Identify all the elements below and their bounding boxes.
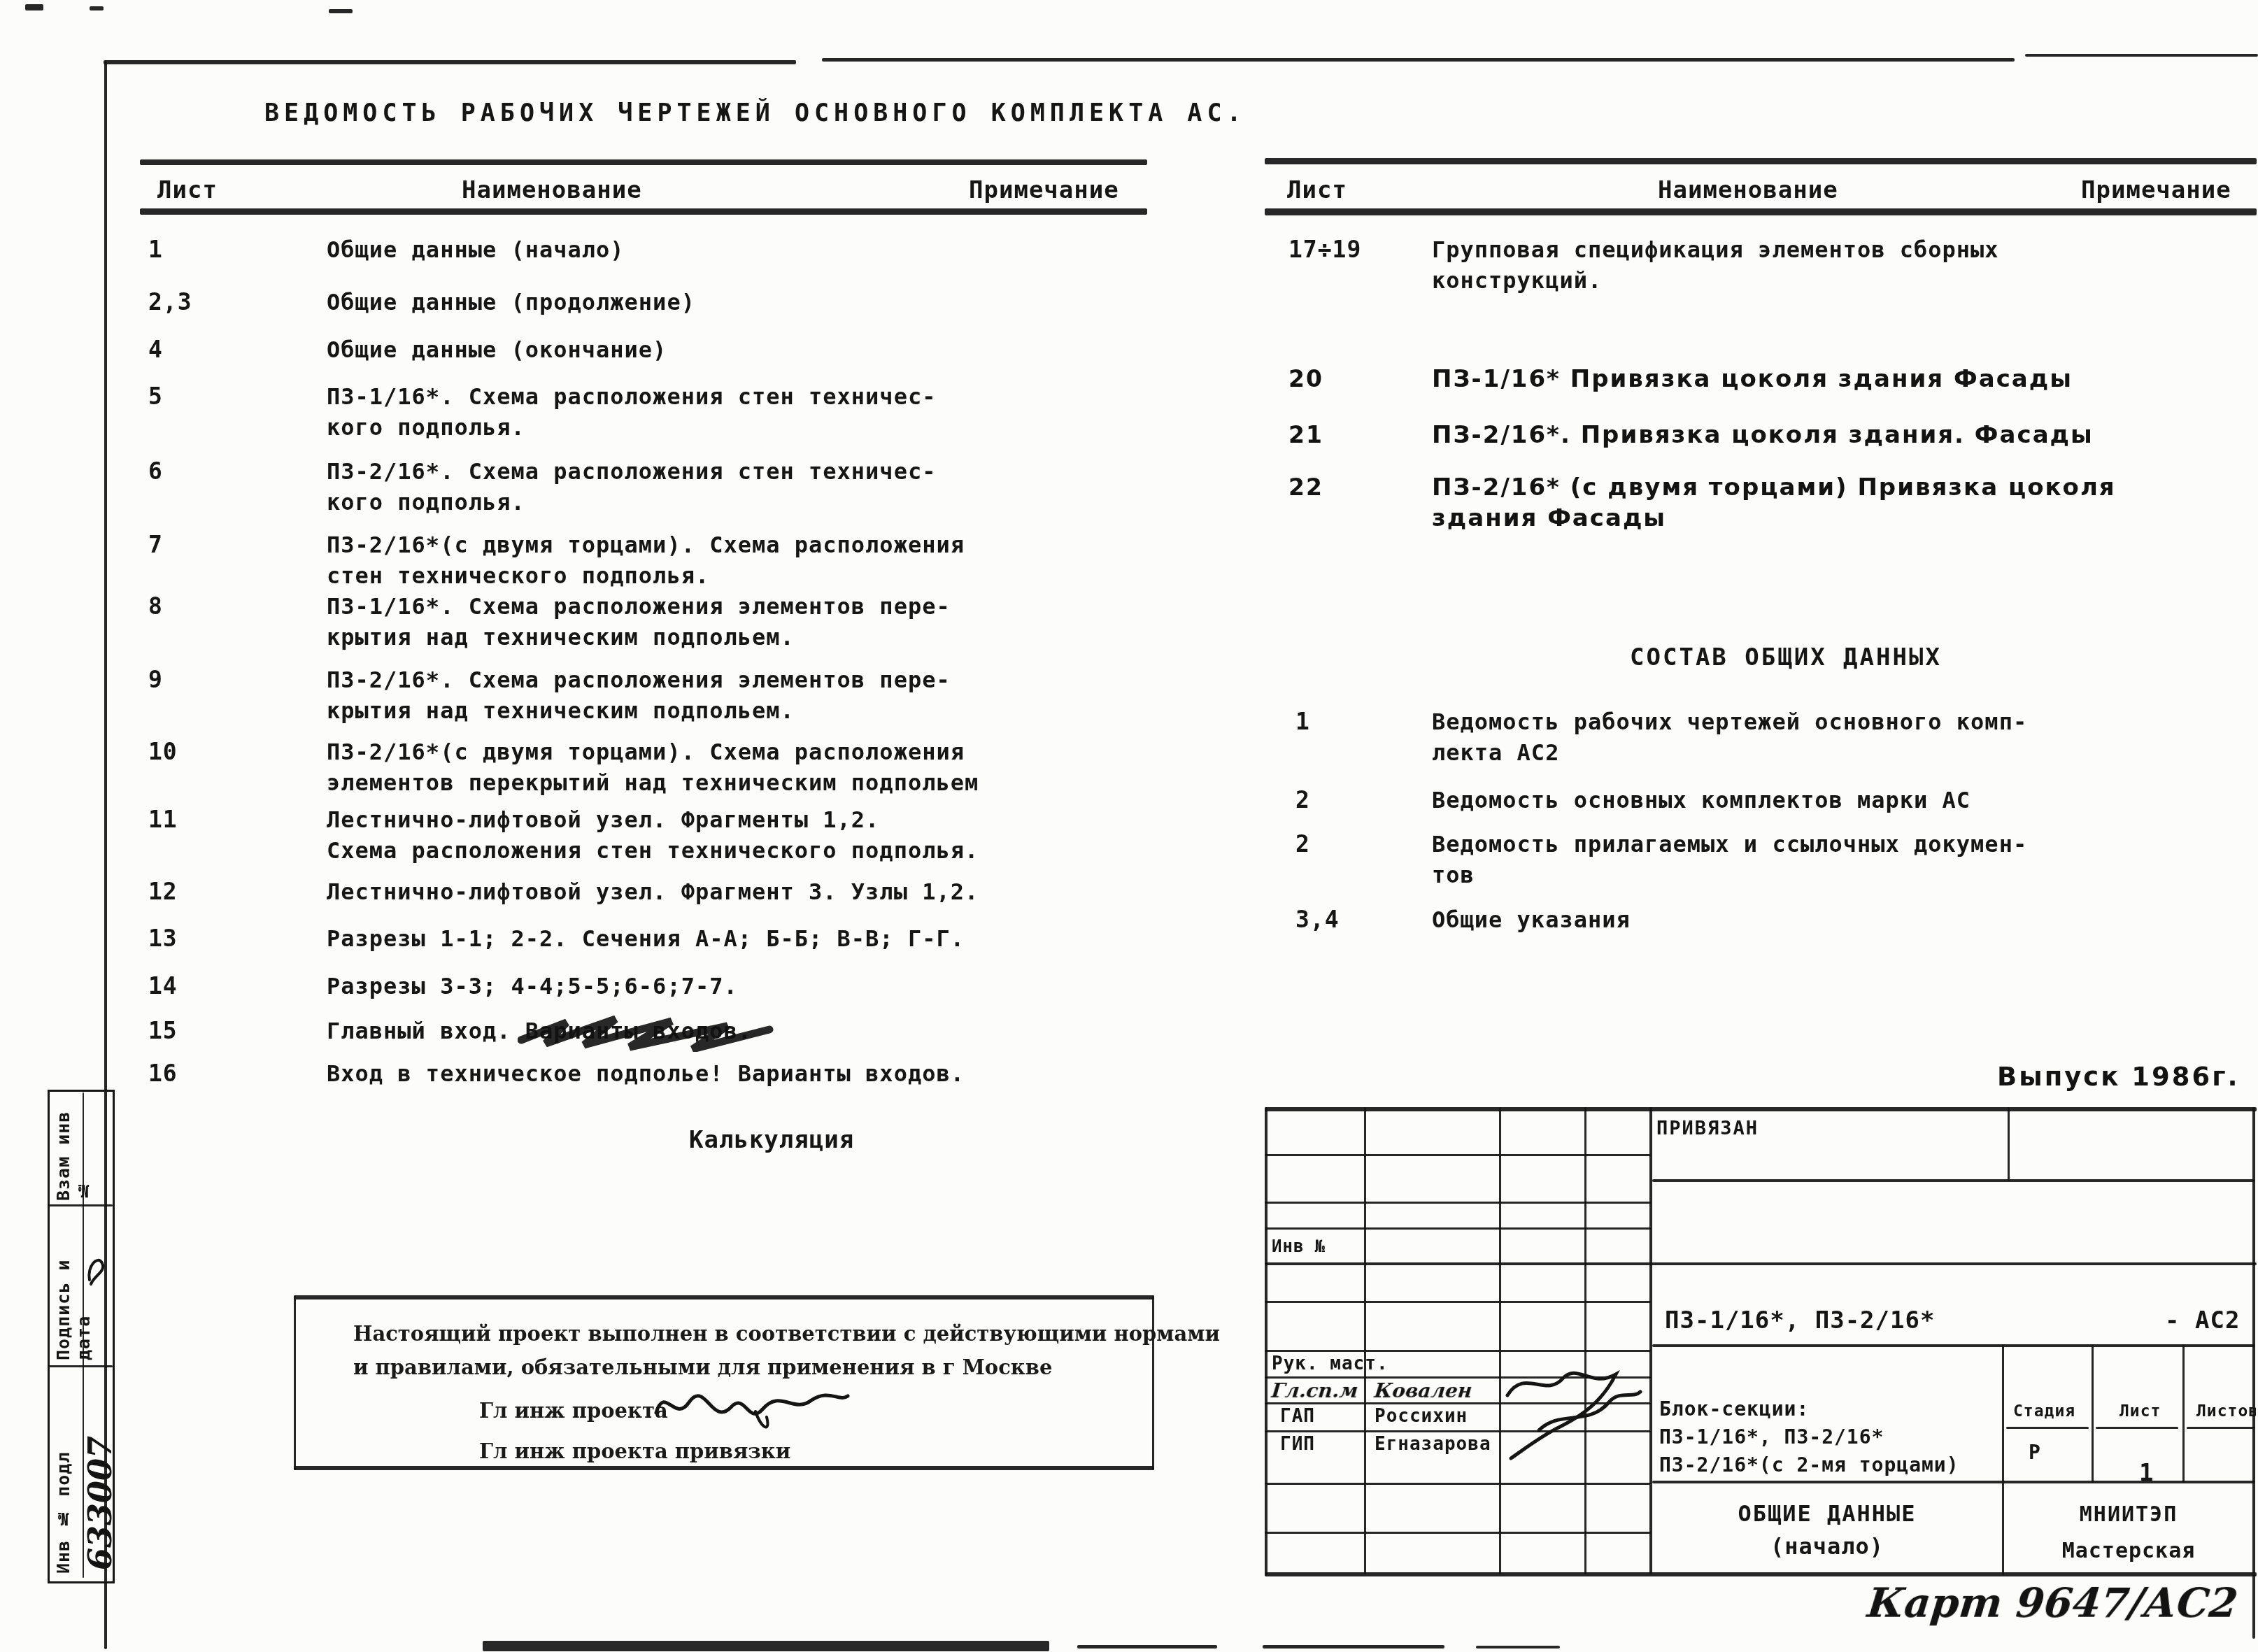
sheet-number-cell: 17÷19 bbox=[1288, 234, 1432, 265]
inv-number-label: Инв № bbox=[1272, 1237, 1326, 1256]
surname-egnazarova: Егназарова bbox=[1375, 1434, 1491, 1455]
sheet-number-cell: 20 bbox=[1288, 364, 1432, 394]
sidebar-divider bbox=[48, 1204, 113, 1206]
table-row: 8 ПЗ-1/16*. Схема расположения элементов… bbox=[148, 591, 1149, 653]
left-table-header-rule-top bbox=[140, 159, 1147, 165]
table-row: 13 Разрезы 1-1; 2-2. Сечения А-А; Б-Б; В… bbox=[148, 923, 1149, 954]
scan-artifact bbox=[1077, 1645, 1217, 1649]
table-row: 2 Ведомость основных комплектов марки АС bbox=[1295, 785, 2254, 816]
sheet-number-cell: 4 bbox=[148, 334, 327, 365]
block-sections-line2: ПЗ-2/16*(с 2-мя торцами) bbox=[1659, 1453, 1959, 1476]
right-header-note: Примечание bbox=[2081, 176, 2231, 204]
surname-rossihin: Россихин bbox=[1375, 1406, 1468, 1427]
sheet-number-cell: 21 bbox=[1288, 420, 1432, 450]
calculation-label: Калькуляция bbox=[689, 1126, 854, 1154]
table-row: 4 Общие данные (окончание) bbox=[148, 334, 1149, 365]
scan-artifact bbox=[329, 9, 353, 13]
table-row: 2,3 Общие данные (продолжение) bbox=[148, 287, 1149, 318]
right-header-sheet: Лист bbox=[1287, 176, 1347, 204]
scan-artifact bbox=[483, 1641, 1049, 1651]
table-row: 16 Вход в техническое подполье! Варианты… bbox=[148, 1058, 1149, 1089]
sheet-title-cell: ПЗ-2/16*(с двумя торцами). Схема располо… bbox=[327, 529, 1149, 591]
signature-mark bbox=[1497, 1360, 1651, 1465]
sheet-title-cell: ПЗ-1/16* Привязка цоколя здания Фасады bbox=[1432, 364, 2254, 394]
table-row: 1 Ведомость рабочих чертежей основного к… bbox=[1295, 706, 2254, 768]
grid-line-v bbox=[1584, 1107, 1586, 1574]
sheet-title-cell: Общие данные (начало) bbox=[327, 234, 1149, 265]
sheet-number-cell: 9 bbox=[148, 664, 327, 695]
sheet-title-cell: ПЗ-2/16*. Схема расположения стен технич… bbox=[327, 456, 1149, 518]
role-chief-engineer: Гл инж проекта bbox=[479, 1399, 668, 1423]
left-header-note: Примечание bbox=[969, 176, 1119, 204]
sheet-number-cell: 3,4 bbox=[1295, 904, 1432, 935]
grid-line-h bbox=[1265, 1154, 1651, 1156]
table-row: 17÷19 Групповая спецификация элементов с… bbox=[1288, 234, 2254, 296]
titleblock-border-top bbox=[1265, 1107, 2257, 1111]
sheet-title-cell: Лестнично-лифтовой узел. Фрагменты 1,2. … bbox=[327, 804, 1149, 866]
signature-mark bbox=[84, 1252, 109, 1287]
sheet-number-cell: 22 bbox=[1288, 472, 1432, 503]
table-row: 5 ПЗ-1/16*. Схема расположения стен техн… bbox=[148, 381, 1149, 443]
role-chief-engineer-binding: Гл инж проекта привязки bbox=[479, 1439, 790, 1463]
sheet-title-cell: Разрезы 3-3; 4-4;5-5;6-6;7-7. bbox=[327, 971, 1149, 1002]
sheet-header: Лист bbox=[2119, 1402, 2161, 1420]
sidebar-divider bbox=[48, 1365, 113, 1367]
table-row: 3,4 Общие указания bbox=[1295, 904, 2254, 935]
stamp-line-v bbox=[2092, 1344, 2094, 1483]
role-gl-sp-m: Гл.сп.м bbox=[1270, 1379, 1359, 1402]
table-row: 1 Общие данные (начало) bbox=[148, 234, 1149, 265]
table-row: 22 ПЗ-2/16* (с двумя торцами) Привязка ц… bbox=[1288, 472, 2254, 534]
sheet-number-cell: 6 bbox=[148, 456, 327, 487]
doc-title-line1: ОБЩИЕ ДАННЫЕ bbox=[1652, 1500, 2002, 1527]
stamp-line-h bbox=[2187, 1427, 2255, 1429]
sheet-title-cell: Общие указания bbox=[1432, 904, 2254, 935]
scanned-drawing-sheet: ВЕДОМОСТЬ РАБОЧИХ ЧЕРТЕЖЕЙ ОСНОВНОГО КОМ… bbox=[0, 0, 2258, 1652]
left-header-name: Наименование bbox=[462, 176, 642, 204]
signature-mark bbox=[651, 1371, 853, 1437]
stamp-line-h bbox=[1652, 1481, 2255, 1483]
sheet-title-cell: Разрезы 1-1; 2-2. Сечения А-А; Б-Б; В-В;… bbox=[327, 923, 1149, 954]
sheet-number-cell: 2,3 bbox=[148, 287, 327, 318]
note-box-border-top bbox=[294, 1295, 1154, 1299]
sidebar-label-podpis: Подпись и дата bbox=[53, 1213, 94, 1360]
stamp-line-h bbox=[1652, 1179, 2255, 1182]
grid-line-v bbox=[1364, 1107, 1366, 1574]
page-border-top bbox=[822, 58, 2015, 62]
stamp-line-h bbox=[2096, 1427, 2178, 1429]
grid-line-h bbox=[1265, 1350, 1651, 1352]
inventory-number: 633007 bbox=[81, 1388, 119, 1570]
table-row: 9 ПЗ-2/16*. Схема расположения элементов… bbox=[148, 664, 1149, 726]
grid-line-v bbox=[1499, 1107, 1501, 1574]
sheet-title-cell: ПЗ-1/16*. Схема расположения стен технич… bbox=[327, 381, 1149, 443]
sheet-number-cell: 12 bbox=[148, 876, 327, 907]
stamp-line-h bbox=[1265, 1262, 2257, 1265]
grid-line-h bbox=[1265, 1483, 1651, 1485]
sheet-number-cell: 11 bbox=[148, 804, 327, 835]
left-header-sheet: Лист bbox=[157, 176, 218, 204]
sidebar-label-vzam: Взам инв № bbox=[53, 1099, 94, 1201]
sheet-title-cell: Ведомость рабочих чертежей основного ком… bbox=[1432, 706, 2254, 768]
note-text-line1: Настоящий проект выполнен в соответствии… bbox=[353, 1322, 1220, 1346]
right-table-header-rule-bottom bbox=[1265, 208, 2257, 215]
scan-artifact bbox=[1476, 1646, 1560, 1649]
sheet-title-cell: Ведомость основных комплектов марки АС bbox=[1432, 785, 2254, 816]
note-box-border-left bbox=[294, 1295, 296, 1470]
block-sections-label: Блок-секции: bbox=[1659, 1397, 1809, 1420]
grid-line-h bbox=[1265, 1532, 1651, 1534]
role-gip: ГИП bbox=[1280, 1434, 1315, 1455]
note-box-border-bottom bbox=[294, 1466, 1154, 1470]
table-row: 10 ПЗ-2/16*(с двумя торцами). Схема расп… bbox=[148, 736, 1149, 798]
table-row: 21 ПЗ-2/16*. Привязка цоколя здания. Фас… bbox=[1288, 420, 2254, 450]
sheet-number-cell: 1 bbox=[1295, 706, 1432, 737]
code-line: ПЗ-1/16*, ПЗ-2/16* bbox=[1665, 1306, 1935, 1334]
grid-line-h bbox=[1265, 1227, 1651, 1230]
sheet-number-cell: 13 bbox=[148, 923, 327, 954]
role-gap: ГАП bbox=[1280, 1406, 1315, 1427]
titleblock-border-left bbox=[1265, 1107, 1268, 1576]
table-row: 7 ПЗ-2/16*(с двумя торцами). Схема распо… bbox=[148, 529, 1149, 591]
stage-value: Р bbox=[2029, 1441, 2041, 1464]
release-note: Выпуск 1986г. bbox=[1997, 1062, 2240, 1092]
org-workshop: Мастерская bbox=[2004, 1539, 2253, 1563]
table-row: 14 Разрезы 3-3; 4-4;5-5;6-6;7-7. bbox=[148, 971, 1149, 1002]
grid-line-h bbox=[1265, 1202, 1651, 1204]
code-suffix: - АС2 bbox=[2165, 1306, 2240, 1334]
doc-title-line2: (начало) bbox=[1652, 1533, 2002, 1560]
org-name: МНИИТЭП bbox=[2004, 1502, 2253, 1527]
right-header-name: Наименование bbox=[1658, 176, 1838, 204]
right-table-header-rule-top bbox=[1265, 158, 2257, 164]
stage-header: Стадия bbox=[2013, 1402, 2075, 1420]
sheet-number-cell: 16 bbox=[148, 1058, 327, 1089]
table-row: 20 ПЗ-1/16* Привязка цоколя здания Фасад… bbox=[1288, 364, 2254, 394]
role-ruk-mast: Рук. маст. bbox=[1272, 1353, 1389, 1374]
sheet-number-cell: 5 bbox=[148, 381, 327, 412]
sheet-title-cell: Ведомость прилагаемых и ссылочных докуме… bbox=[1432, 829, 2254, 890]
sheet-title-cell: Вход в техническое подполье! Варианты вх… bbox=[327, 1058, 1149, 1089]
scan-artifact bbox=[90, 6, 104, 10]
page-border-top bbox=[2025, 54, 2258, 57]
sheet-title-cell: ПЗ-2/16*(с двумя торцами). Схема располо… bbox=[327, 736, 1149, 798]
card-note: Карт 9647/АС2 bbox=[1865, 1579, 2240, 1627]
sheet-title-cell: Групповая спецификация элементов сборных… bbox=[1432, 234, 2254, 296]
table-row: 2 Ведомость прилагаемых и ссылочных доку… bbox=[1295, 829, 2254, 890]
surname-kovalen: Ковален bbox=[1373, 1379, 1473, 1402]
sheet-number-cell: 15 bbox=[148, 1016, 327, 1046]
scan-artifact bbox=[25, 4, 43, 10]
stamp-line-h bbox=[2006, 1427, 2089, 1429]
sheet-title-cell: Лестнично-лифтовой узел. Фрагмент 3. Узл… bbox=[327, 876, 1149, 907]
sheet-title-cell: ПЗ-1/16*. Схема расположения элементов п… bbox=[327, 591, 1149, 653]
sidebar-label-inv: Инв № подл bbox=[53, 1374, 73, 1574]
block-sections-line1: ПЗ-1/16*, ПЗ-2/16* bbox=[1659, 1425, 1884, 1448]
sheet-title-cell: Общие данные (продолжение) bbox=[327, 287, 1149, 318]
table-row: 11 Лестнично-лифтовой узел. Фрагменты 1,… bbox=[148, 804, 1149, 866]
sheet-number-cell: 2 bbox=[1295, 785, 1432, 816]
sheet-number-cell: 8 bbox=[148, 591, 327, 622]
page-border-top bbox=[104, 60, 796, 64]
sheet-title-cell: Общие данные (окончание) bbox=[327, 334, 1149, 365]
stamp-line-v bbox=[2182, 1344, 2185, 1483]
sheet-number-cell: 1 bbox=[148, 234, 327, 265]
stamp-line-h bbox=[1652, 1344, 2255, 1347]
sostav-title: СОСТАВ ОБЩИХ ДАННЫХ bbox=[1630, 643, 1942, 671]
sheet-title-cell: ПЗ-2/16* (с двумя торцами) Привязка цоко… bbox=[1432, 472, 2254, 534]
table-row: 6 ПЗ-2/16*. Схема расположения стен техн… bbox=[148, 456, 1149, 518]
sheet-number-cell: 10 bbox=[148, 736, 327, 767]
sheets-header: Листов bbox=[2196, 1402, 2256, 1420]
page-title: ВЕДОМОСТЬ РАБОЧИХ ЧЕРТЕЖЕЙ ОСНОВНОГО КОМ… bbox=[264, 99, 1247, 127]
left-table-header-rule-bottom bbox=[140, 208, 1147, 215]
sheet-number-cell: 7 bbox=[148, 529, 327, 560]
attached-label: ПРИВЯЗАН bbox=[1656, 1118, 1759, 1139]
titleblock-border-bottom bbox=[1265, 1572, 2257, 1576]
sheet-number-cell: 2 bbox=[1295, 829, 1432, 860]
sheet-title-cell: ПЗ-2/16*. Привязка цоколя здания. Фасады bbox=[1432, 420, 2254, 450]
stamp-line-v bbox=[2008, 1107, 2010, 1181]
grid-line-h bbox=[1265, 1301, 1651, 1303]
scratch-mark bbox=[518, 1009, 811, 1052]
sheet-number-cell: 14 bbox=[148, 971, 327, 1002]
sheet-title-cell: ПЗ-2/16*. Схема расположения элементов п… bbox=[327, 664, 1149, 726]
scan-artifact bbox=[1263, 1645, 1444, 1649]
table-row: 12 Лестнично-лифтовой узел. Фрагмент 3. … bbox=[148, 876, 1149, 907]
